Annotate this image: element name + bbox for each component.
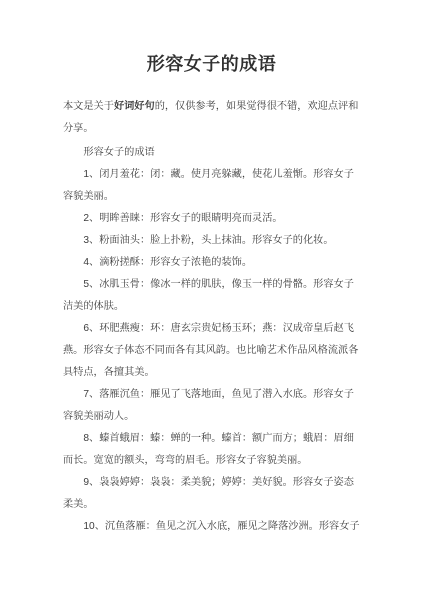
document-page: 形容女子的成语 本文是关于好词好句的，仅供参考，如果觉得很不错，欢迎点评和分享。… xyxy=(0,0,423,600)
document-title: 形容女子的成语 xyxy=(63,52,360,77)
idiom-item-1: 1、闭月羞花：闭：藏。使月亮躲藏，使花儿羞惭。形容女子容貌美丽。 xyxy=(63,164,360,208)
idiom-item-2: 2、明眸善睐：形容女子的眼睛明亮而灵活。 xyxy=(63,208,360,230)
idiom-item-10: 10、沉鱼落雁：鱼见之沉入水底，雁见之降落沙洲。形容女子 xyxy=(63,516,360,538)
intro-bold-keyword: 好词好句 xyxy=(114,101,155,112)
idiom-item-7: 7、落雁沉鱼：雁见了飞落地面，鱼见了潜入水底。形容女子容貌美丽动人。 xyxy=(63,384,360,428)
intro-text-prefix: 本文是关于 xyxy=(63,101,114,112)
idiom-item-5: 5、冰肌玉骨：像冰一样的肌肤，像玉一样的骨骼。形容女子洁美的体肤。 xyxy=(63,274,360,318)
idiom-item-9: 9、袅袅婷婷：袅袅：柔美貌；婷婷：美好貌。形容女子姿态柔美。 xyxy=(63,472,360,516)
idiom-item-3: 3、粉面油头：脸上扑粉，头上抹油。形容女子的化妆。 xyxy=(63,230,360,252)
idiom-item-8: 8、螓首蛾眉：螓：蝉的一种。螓首：额广而方；蛾眉：眉细而长。宽宽的额头，弯弯的眉… xyxy=(63,428,360,472)
idiom-item-4: 4、滴粉搓酥：形容女子浓艳的装饰。 xyxy=(63,252,360,274)
section-subheading: 形容女子的成语 xyxy=(63,142,360,164)
idiom-item-6: 6、环肥燕瘦：环：唐玄宗贵妃杨玉环；燕：汉成帝皇后赵飞燕。形容女子体态不同而各有… xyxy=(63,318,360,384)
intro-paragraph: 本文是关于好词好句的，仅供参考，如果觉得很不错，欢迎点评和分享。 xyxy=(63,96,360,140)
